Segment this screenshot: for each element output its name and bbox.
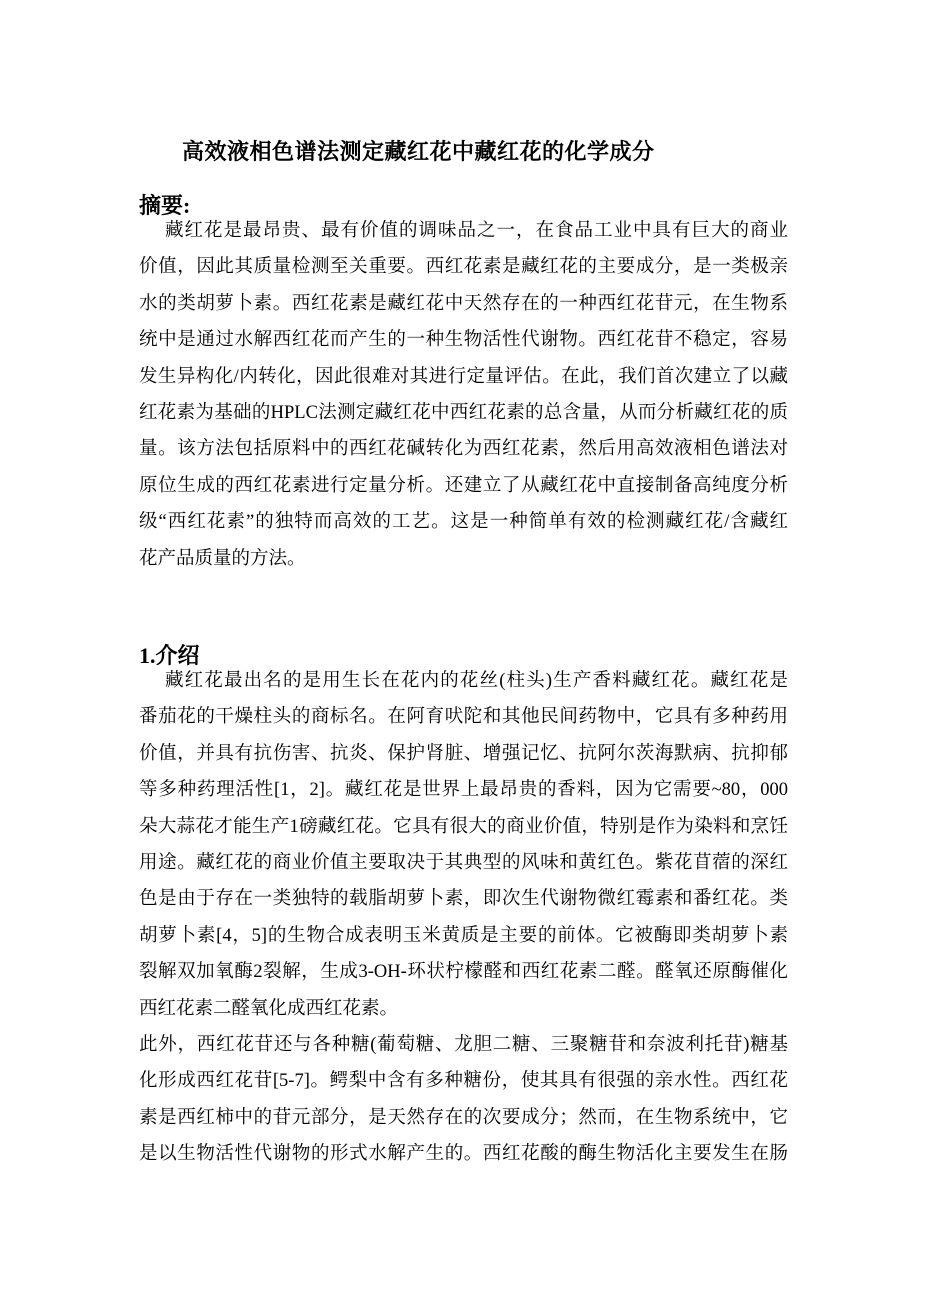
abstract-paragraph: 藏红花是最昂贵、最有价值的调味品之一，在食品工业中具有巨大的商业 价值，因此其质… [139,213,788,577]
text-line: 藏红花最出名的是用生长在花内的花丝(柱头)生产香料藏红花。藏红花是 [139,663,788,699]
text-line: 原位生成的西红花素进行定量分析。还建立了从藏红花中直接制备高纯度分析 [139,468,788,504]
text-line: 价值，因此其质量检测至关重要。西红花素是藏红花的主要成分，是一类极亲 [139,249,788,285]
text-line: 藏红花是最昂贵、最有价值的调味品之一，在食品工业中具有巨大的商业 [139,213,788,249]
text-line: 西红花素二醛氧化成西红花素。 [139,991,788,1027]
introduction-paragraphs: 藏红花最出名的是用生长在花内的花丝(柱头)生产香料藏红花。藏红花是 番茄花的干燥… [139,663,788,1172]
text-line: 裂解双加氧酶2裂解，生成3-OH-环状柠檬醛和西红花素二醛。醛氧还原酶催化 [139,954,788,990]
text-line: 红花素为基础的HPLC法测定藏红花中西红花素的总含量，从而分析藏红花的质 [139,395,788,431]
text-line: 朵大蒜花才能生产1磅藏红花。它具有很大的商业价值，特别是作为染料和烹饪 [139,809,788,845]
text-line: 胡萝卜素[4，5]的生物合成表明玉米黄质是主要的前体。它被酶即类胡萝卜素 [139,918,788,954]
text-line: 化形成西红花苷[5-7]。鳄梨中含有多种糖份，使其具有很强的亲水性。西红花 [139,1063,788,1099]
text-line: 级“西红花素”的独特而高效的工艺。这是一种简单有效的检测藏红花/含藏红 [139,504,788,540]
text-line: 量。该方法包括原料中的西红花碱转化为西红花素，然后用高效液相色谱法对 [139,431,788,467]
text-line: 素是西红柿中的苷元部分，是天然存在的次要成分；然而，在生物系统中，它 [139,1100,788,1136]
paper-title: 高效液相色谱法测定藏红花中藏红花的化学成分 [182,137,655,167]
text-line: 花产品质量的方法。 [139,541,788,577]
text-line: 水的类胡萝卜素。西红花素是藏红花中天然存在的一种西红花苷元，在生物系 [139,286,788,322]
document-page: 高效液相色谱法测定藏红花中藏红花的化学成分 摘要: 藏红花是最昂贵、最有价值的调… [0,0,926,1309]
text-line: 价值，并具有抗伤害、抗炎、保护肾脏、增强记忆、抗阿尔茨海默病、抗抑郁 [139,736,788,772]
text-line: 番茄花的干燥柱头的商标名。在阿育吠陀和其他民间药物中，它具有多种药用 [139,699,788,735]
text-line: 统中是通过水解西红花而产生的一种生物活性代谢物。西红花苷不稳定，容易 [139,322,788,358]
text-line: 色是由于存在一类独特的载脂胡萝卜素，即次生代谢物微红霉素和番红花。类 [139,881,788,917]
text-line: 是以生物活性代谢物的形式水解产生的。西红花酸的酶生物活化主要发生在肠 [139,1136,788,1172]
text-line: 用途。藏红花的商业价值主要取决于其典型的风味和黄红色。紫花苜蓿的深红 [139,845,788,881]
text-line: 此外，西红花苷还与各种糖(葡萄糖、龙胆二糖、三聚糖苷和奈波利托苷)糖基 [139,1027,788,1063]
text-line: 等多种药理活性[1，2]。藏红花是世界上最昂贵的香料，因为它需要~80，000 [139,772,788,808]
text-line: 发生异构化/内转化，因此很难对其进行定量评估。在此，我们首次建立了以藏 [139,359,788,395]
